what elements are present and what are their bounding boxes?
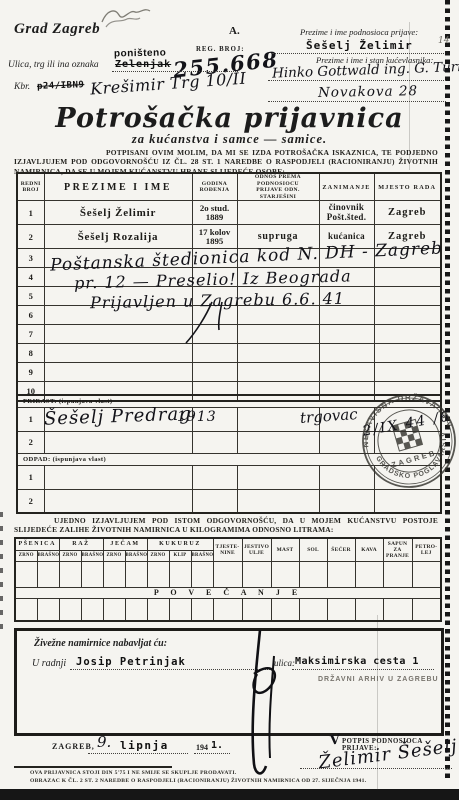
empty-cell xyxy=(44,489,192,513)
col-zanimanje: ZANIMANJE xyxy=(319,173,374,201)
left-edge-marks xyxy=(0,512,3,632)
dotted-line xyxy=(268,101,446,102)
cell: 2 xyxy=(17,431,44,453)
empty-cell xyxy=(81,598,103,621)
purchase-intro: Živežne namirnice nabavljat ću: xyxy=(34,638,167,649)
empty-cell xyxy=(147,561,169,587)
date-year-print: 194 xyxy=(196,743,208,752)
empty-cell xyxy=(355,598,383,621)
archive-stamp: DRŽAVNI ARHIV U ZAGREBU xyxy=(318,676,439,683)
empty-cell xyxy=(192,431,237,453)
footer-rule xyxy=(14,766,172,768)
dotted-line xyxy=(268,80,446,81)
empty-cell xyxy=(237,344,319,363)
col-sol: SOL xyxy=(299,538,327,561)
empty-cell xyxy=(412,561,441,587)
empty-cell xyxy=(44,325,192,344)
section-letter: A. xyxy=(229,25,240,37)
cell: 9 xyxy=(17,363,44,382)
dotted-line xyxy=(194,753,230,754)
cell: 7 xyxy=(17,325,44,344)
col-jecam: JEČAM xyxy=(103,538,147,550)
col-jestivo-ulje: JESTIVO ULJE xyxy=(242,538,271,561)
cell: 3 xyxy=(17,249,44,268)
empty-cell xyxy=(103,598,125,621)
applicant-label: Prezime i ime podnosioca prijave: xyxy=(300,27,418,37)
dotted-line xyxy=(300,768,452,769)
empty-cell xyxy=(81,561,103,587)
col-kava: KAVA xyxy=(355,538,383,561)
empty-cell xyxy=(327,598,355,621)
empty-cell xyxy=(383,598,412,621)
cell: Zagreb xyxy=(374,201,441,225)
col-prezime-ime: PREZIME I IME xyxy=(44,173,192,201)
empty-cell xyxy=(125,598,147,621)
empty-cell xyxy=(44,363,192,382)
col-godina: GODINA ROĐENJA xyxy=(192,173,237,201)
empty-cell xyxy=(237,325,319,344)
sub-klip: KLIP xyxy=(169,550,191,561)
cell xyxy=(237,201,319,225)
document-page: Grad Zagreb A. REG. BROJ: 255.668 Ulica,… xyxy=(0,0,459,800)
empty-cell xyxy=(412,598,441,621)
street-value: Zelenjak xyxy=(115,59,171,70)
empty-cell xyxy=(237,465,319,489)
cancel-stamp: poništeno xyxy=(114,48,166,60)
prirast-born: 1913 xyxy=(177,409,217,425)
empty-cell xyxy=(319,306,374,325)
empty-cell xyxy=(327,561,355,587)
kbr-label: Kbr. xyxy=(14,82,30,92)
cell: 1 xyxy=(17,407,44,431)
col-petrolej: PETRO- LEJ xyxy=(412,538,441,561)
sub-zrno: ZRNO xyxy=(147,550,169,561)
date-day: 9. xyxy=(97,733,111,751)
empty-cell xyxy=(192,489,237,513)
kbr-stamp-value: p24/IBN9 xyxy=(37,80,85,92)
empty-cell xyxy=(125,561,147,587)
empty-cell xyxy=(242,561,271,587)
city-header: Grad Zagreb xyxy=(14,21,100,38)
cell: 6 xyxy=(17,306,44,325)
sub-zrno: ZRNO xyxy=(59,550,81,561)
owner-address: Novakova 28 xyxy=(318,83,418,101)
empty-cell xyxy=(237,489,319,513)
empty-cell xyxy=(15,598,37,621)
empty-cell xyxy=(44,344,192,363)
col-mjesto-rada: MJESTO RADA xyxy=(374,173,441,201)
empty-cell xyxy=(59,598,81,621)
empty-cell xyxy=(169,561,191,587)
dotted-line xyxy=(88,753,188,754)
form-subtitle: za kućanstva i samce — samice. xyxy=(0,132,459,147)
date-city: ZAGREB, xyxy=(52,742,95,751)
cell: 1 xyxy=(17,465,44,489)
empty-cell xyxy=(37,598,59,621)
table-row: 8 xyxy=(17,344,441,363)
empty-cell xyxy=(103,561,125,587)
empty-cell xyxy=(59,561,81,587)
cell: Šešelj Želimir xyxy=(44,201,192,225)
empty-cell xyxy=(319,325,374,344)
applicant-name: Šešelj Želimir xyxy=(306,39,413,52)
kbr-handwritten: Krešimir Trg 10/II xyxy=(90,69,247,99)
street-label: Ulica, trg ili ina oznaka xyxy=(8,60,99,70)
supplies-declaration: UJEDNO IZJAVLJUJEM POD ISTOM ODGOVORNOŠĆ… xyxy=(14,516,438,535)
empty-cell xyxy=(191,561,213,587)
empty-cell xyxy=(355,561,383,587)
col-raz: RAŽ xyxy=(59,538,103,550)
empty-cell xyxy=(37,561,59,587)
signature-flourish xyxy=(212,612,317,792)
povecanje-row: P O V E Č A N J E xyxy=(15,587,441,598)
cell: Šešelj Rozalija xyxy=(44,225,192,249)
pen-stroke xyxy=(178,300,228,345)
empty-cell xyxy=(192,465,237,489)
empty-cell xyxy=(374,287,441,306)
cell: 8 xyxy=(17,344,44,363)
sub-zrno: ZRNO xyxy=(15,550,37,561)
empty-cell xyxy=(319,363,374,382)
cell: 5 xyxy=(17,287,44,306)
owner-name: Hinko Gottwald ing. G. Turina xyxy=(272,58,459,81)
sub-brasno: BRAŠNO xyxy=(125,550,147,561)
empty-cell xyxy=(15,561,37,587)
sub-brasno: BRAŠNO xyxy=(191,550,213,561)
footer-line: OVA PRIJAVNICA STOJI DIN 5'75 I NE SMIJE… xyxy=(30,770,390,776)
povecanje-label: P O V E Č A N J E xyxy=(15,587,441,598)
col-secer: ŠEĆER xyxy=(327,538,355,561)
cell: 17 kolov 1895 xyxy=(192,225,237,249)
pencil-note: 14 xyxy=(438,36,449,46)
footer-line: OBRAZAC K ČL. 2 ST. 2 NAREDBE O RASPODJE… xyxy=(30,778,410,784)
empty-cell xyxy=(191,598,213,621)
empty-cell xyxy=(271,561,299,587)
empty-cell xyxy=(383,561,412,587)
cell: 2o stud. 1889 xyxy=(192,201,237,225)
empty-cell xyxy=(237,431,319,453)
empty-cell xyxy=(44,465,192,489)
empty-cell xyxy=(147,598,169,621)
col-kukuruz: KUKURUZ xyxy=(147,538,213,550)
cell: 2 xyxy=(17,225,44,249)
sub-brasno: BRAŠNO xyxy=(37,550,59,561)
group-header-row: PŠENICA RAŽ JEČAM KUKURUZ TJESTE- NINE J… xyxy=(15,538,441,550)
sub-brasno: BRAŠNO xyxy=(81,550,103,561)
empty-cell xyxy=(213,561,242,587)
supplies-table: PŠENICA RAŽ JEČAM KUKURUZ TJESTE- NINE J… xyxy=(14,537,442,622)
empty-cell xyxy=(192,344,237,363)
col-mast: MAST xyxy=(271,538,299,561)
cell: 2 xyxy=(17,489,44,513)
date-month: lipnja xyxy=(120,739,169,752)
pencil-scribble xyxy=(98,2,158,32)
col-psenica: PŠENICA xyxy=(15,538,59,550)
cell: 1 xyxy=(17,201,44,225)
empty-cell xyxy=(237,363,319,382)
empty-cell xyxy=(192,363,237,382)
sub-zrno: ZRNO xyxy=(103,550,125,561)
cell: činovnik Pošt.šted. xyxy=(319,201,374,225)
cell: 4 xyxy=(17,268,44,287)
empty-cell xyxy=(169,598,191,621)
col-odnos: ODNOS PREMA PODNOSIOCU PRIJAVE ODN. STAR… xyxy=(237,173,319,201)
empty-cell xyxy=(374,325,441,344)
form-title: Potrošačka prijavnica xyxy=(0,103,459,134)
empty-cell xyxy=(374,306,441,325)
table-row: 9 xyxy=(17,363,441,382)
empty-cell xyxy=(319,344,374,363)
empty-cell xyxy=(299,561,327,587)
col-tjestenine: TJESTE- NINE xyxy=(213,538,242,561)
date-year-typed: 1. xyxy=(211,740,223,751)
header-row: REDNI BROJ PREZIME I IME GODINA ROĐENJA … xyxy=(17,173,441,201)
col-redni-broj: REDNI BROJ xyxy=(17,173,44,201)
u-radnji-label: U radnji xyxy=(32,658,66,669)
dotted-line xyxy=(272,53,444,54)
shop-name: Josip Petrinjak xyxy=(76,656,186,668)
table-row: 1 Šešelj Želimir 2o stud. 1889 činovnik … xyxy=(17,201,441,225)
table-row: 7 xyxy=(17,325,441,344)
empty-cell xyxy=(374,268,441,287)
empty-cell xyxy=(374,344,441,363)
empty-cell xyxy=(44,431,192,453)
col-sapun: SAPUN ZA PRANJE xyxy=(383,538,412,561)
supplies-empty-row xyxy=(15,561,441,587)
